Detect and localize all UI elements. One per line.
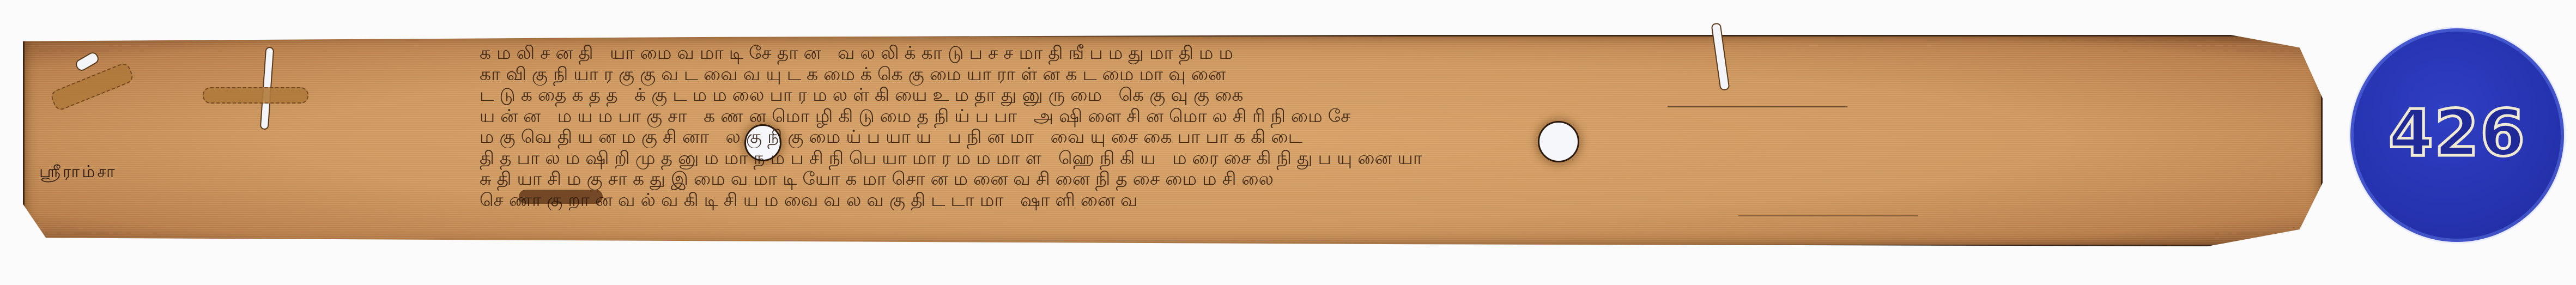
ending-flourish-line (1668, 106, 1847, 107)
margin-annotation: ஸ்ரீராம்சா (39, 162, 117, 184)
text-line-2: காவிகுநியாரகுகுவடவைவயுடகமைக்கெகுமையாராள்… (480, 64, 2223, 85)
text-line-3: டடுகதைகதத க்குடமமலைபாரமலள்கியைஉமதாதுனுரு… (480, 84, 2223, 106)
insect-trail-line2 (203, 87, 308, 104)
accession-tag: 426 (2350, 28, 2564, 242)
text-line-8: செணாகுறானவல்வகிடிசியமவைவலவகுதிடடாமா ஷாளி… (480, 190, 2223, 211)
ending-flourish-line-lower (1738, 215, 1918, 216)
accession-number: 426 (2389, 95, 2526, 171)
text-line-7: சுதியாசிமகுசாகதுஇமைவமாடியோகமாசொனமனைவசினை… (480, 168, 2223, 190)
text-line-1: கமலிசனதி யாமைவமாடிசேதான வலலிக்காடுபசசமாத… (480, 43, 2223, 64)
text-line-5: மகுவெதியனமகுசினா லகுநிகுமைய்பயாய பநினமா … (480, 126, 2223, 148)
text-line-4: யன்ன மயமபாகுசா கணனமொழிகிடுமைதநிய்பபா அஷி… (480, 106, 2223, 127)
manuscript-text: கமலிசனதி யாமைவமாடிசேதான வலலிக்காடுபசசமாத… (480, 43, 2223, 210)
text-line-6: திதபாலமஷிறிமுதனுமமாநமபசிநிபெயாமாரமமமாள ஹ… (480, 148, 2223, 169)
